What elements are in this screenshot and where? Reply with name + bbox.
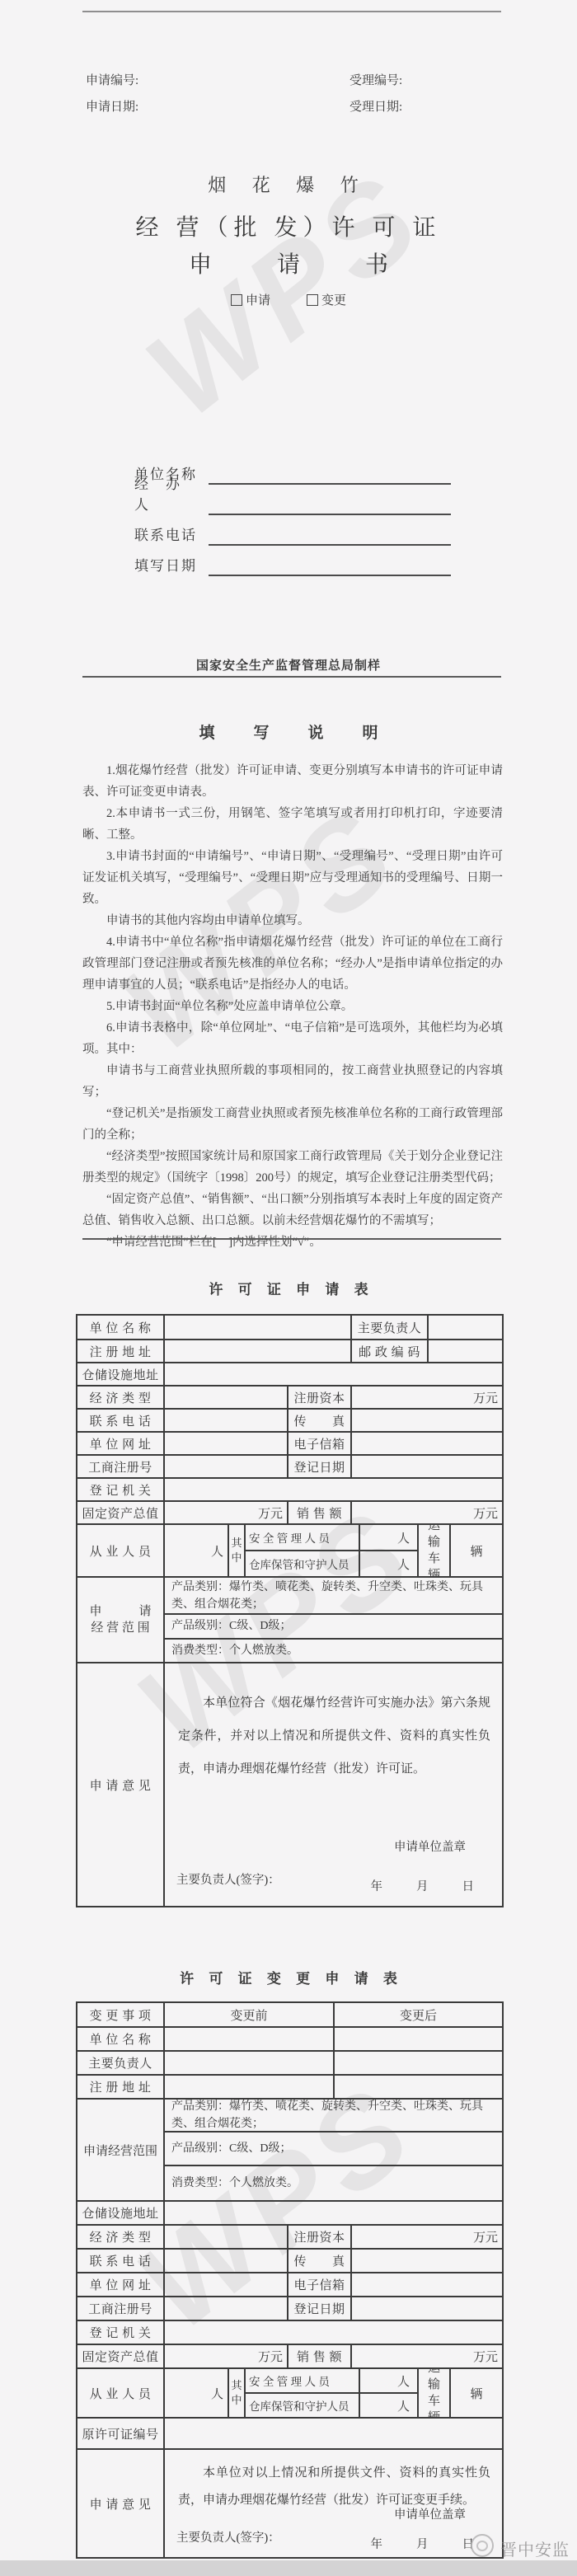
biz-reg-no-label: 工商注册号 (77, 2297, 163, 2320)
warehouse-staff-subrow: 仓库保管和守护人员 人 (246, 1550, 417, 1576)
instruction-paragraph: “登记机关”是指颁发工商营业执照或者预先核准单位名称的工商行政管理部门的全称； (82, 1103, 503, 1146)
table-row: 登 记 机 关 (77, 1477, 502, 1500)
instruction-paragraph: 申请书的其他内容均由申请单位填写。 (82, 910, 503, 931)
scope-consumption-type: 消费类型：个人燃放类。 (165, 1638, 502, 1662)
principal-label: 主要负责人 (77, 2052, 163, 2074)
table-row: 仓储设施地址 (77, 2200, 502, 2224)
instructions-title: 填 写 说 明 (0, 720, 577, 743)
reg-capital-label: 注册资本 (287, 1387, 350, 1408)
unit-name-label: 单 位 名 称 (77, 1316, 163, 1339)
table-row: 经 济 类 型 注册资本 万元 (77, 2224, 502, 2248)
instruction-paragraph: “申请经营范围”栏在[ ]内选择性划“√”。 (82, 1232, 503, 1253)
change-checkbox[interactable] (307, 294, 318, 306)
application-date-label: 申请日期: (86, 94, 138, 120)
scope-consumption-type: 消费类型：个人燃放类。 (165, 2165, 502, 2200)
application-number-label: 申请编号: (86, 68, 138, 94)
reg-address-before-cell[interactable] (163, 2076, 333, 2098)
email-label: 电子信箱 (287, 1433, 350, 1454)
biz-reg-no-label: 工商注册号 (77, 1456, 163, 1477)
reg-address-label: 注 册 地 址 (77, 1340, 163, 1362)
economic-type-input-cell[interactable] (163, 2226, 287, 2248)
table-row: 单 位 网 址 电子信箱 (77, 2272, 502, 2296)
scope-label: 申 请 经 营 范 围 (77, 1578, 163, 1662)
email-label: 电子信箱 (287, 2273, 350, 2296)
fixed-assets-label: 固定资产总值 (77, 1502, 163, 1523)
table-row: 主要负责人 (77, 2050, 502, 2074)
storage-address-input-cell[interactable] (163, 1363, 502, 1385)
license-application-table-title: 许 可 证 申 请 表 (0, 1278, 577, 1298)
employees-count-cell[interactable]: 人 (163, 2369, 228, 2417)
email-input-cell[interactable] (350, 1433, 502, 1454)
instruction-paragraph: 3.申请书封面的“申请编号”、“申请日期”、“受理编号”、“受理日期”由许可证发… (82, 846, 503, 910)
reg-authority-input-cell[interactable] (163, 2321, 502, 2344)
reg-authority-input-cell[interactable] (163, 1479, 502, 1500)
after-change-header: 变更后 (333, 2003, 502, 2026)
instruction-paragraph: 2.本申请书一式三份，用钢笔、签字笔填写或者用打印机打印，字迹要清晰、工整。 (82, 803, 503, 846)
scope-product-category: 产品类别：爆竹类、喷花类、旋转类、升空类、吐珠类、玩具类、组合烟花类； (165, 1578, 502, 1613)
jinzhong-anjian-stamp-icon (471, 2534, 494, 2557)
reg-date-input-cell[interactable] (350, 2297, 502, 2320)
license-change-table-title: 许 可 证 变 更 申 请 表 (0, 1967, 577, 1987)
apply-option[interactable]: 申请 (231, 291, 270, 308)
among-which-label: 其 中 (228, 1525, 244, 1576)
business-scope-row: 申请经营范围 产品类别：爆竹类、喷花类、旋转类、升空类、吐珠类、玩具类、组合烟花… (77, 2098, 502, 2200)
principal-signature-label: 主要负责人(签字)： (176, 2528, 280, 2546)
phone-fill-line[interactable] (209, 523, 451, 546)
document-page: WPS WPS WPS WPS 申请编号: 申请日期: 受理编号: 受理日期: … (0, 0, 577, 2576)
reg-date-label: 登记日期 (287, 2297, 350, 2320)
website-label: 单 位 网 址 (77, 1433, 163, 1454)
fixed-assets-input-cell[interactable]: 万元 (163, 2345, 287, 2367)
warehouse-staff-count-cell[interactable]: 人 (360, 1551, 417, 1576)
fill-date-fill-line[interactable] (209, 553, 451, 576)
change-option[interactable]: 变更 (307, 291, 346, 308)
table-row: 仓储设施地址 (77, 1362, 502, 1385)
postal-code-input-cell[interactable] (427, 1340, 502, 1362)
scope-content-cell: 产品类别：爆竹类、喷花类、旋转类、升空类、吐珠类、玩具类、组合烟花类； 产品级别… (163, 2100, 502, 2200)
unit-name-fill-line[interactable] (209, 462, 451, 485)
date-blank-label: 年 月 日 (371, 1877, 478, 1894)
employees-count-cell[interactable]: 人 (163, 1525, 228, 1576)
economic-type-input-cell[interactable] (163, 1387, 287, 1408)
apply-option-label: 申请 (246, 291, 270, 308)
instruction-paragraph: “固定资产总值”、“销售额”、“出口额”分别指填写本表时上年度的固定资产总值、销… (82, 1189, 503, 1232)
table-row: 单 位 名 称 主要负责人 (77, 1316, 502, 1339)
safety-staff-count-cell[interactable]: 人 (360, 2369, 417, 2392)
reg-address-label: 注 册 地 址 (77, 2076, 163, 2098)
reg-address-after-cell[interactable] (333, 2076, 502, 2098)
staff-breakdown-cell: 安 全 管 理 人 员 人 仓库保管和守护人员 人 (244, 1525, 417, 1576)
storage-address-label: 仓储设施地址 (77, 2202, 163, 2224)
opinion-label: 申 请 意 见 (77, 1663, 163, 1906)
phone-label: 联 系 电 话 (77, 2250, 163, 2272)
table-row: 工商注册号 登记日期 (77, 1454, 502, 1477)
sales-label: 销 售 额 (287, 1502, 350, 1523)
instruction-paragraph: 1.烟花爆竹经营（批发）许可证申请、变更分别填写本申请书的许可证申请表、许可证变… (82, 760, 503, 803)
cover-title-line1: 经 营（批 发）许 可 证 (0, 209, 577, 242)
unit-name-label: 单 位 名 称 (77, 2028, 163, 2050)
unit-name-input-cell[interactable] (163, 1316, 350, 1339)
acceptance-date-label: 受理日期: (349, 94, 402, 120)
warehouse-staff-subrow: 仓库保管和守护人员 人 (246, 2392, 417, 2417)
instruction-paragraph: 4.申请书中“单位名称”指申请烟花爆竹经营（批发）许可证的单位在工商行政管理部门… (82, 931, 503, 996)
warehouse-staff-count-cell[interactable]: 人 (360, 2394, 417, 2417)
instruction-paragraph: 申请书与工商营业执照所载的事项相同的，按工商营业执照登记的内容填写； (82, 1060, 503, 1103)
email-input-cell[interactable] (350, 2273, 502, 2296)
website-input-cell[interactable] (163, 1433, 287, 1454)
cover-field-fill-date: 填写日期 (134, 551, 451, 576)
scope-label: 申请经营范围 (77, 2100, 163, 2200)
phone-label: 联 系 电 话 (77, 1410, 163, 1431)
table-row: 单 位 名 称 (77, 2026, 502, 2050)
reg-date-label: 登记日期 (287, 1456, 350, 1477)
safety-staff-subrow: 安 全 管 理 人 员 人 (246, 2369, 417, 2392)
instruction-paragraph: “经济类型”按照国家统计局和原国家工商行政管理局《关于划分企业登记注册类型的规定… (82, 1146, 503, 1189)
safety-staff-label: 安 全 管 理 人 员 (246, 1525, 360, 1550)
table-row: 工商注册号 登记日期 (77, 2296, 502, 2320)
acceptance-number-label: 受理编号: (349, 68, 402, 94)
table-row: 联 系 电 话 传 真 (77, 2248, 502, 2272)
unit-seal-label: 申请单位盖章 (394, 2505, 466, 2522)
reg-address-input-cell[interactable] (163, 1340, 350, 1362)
scope-product-grade: 产品级别：C级、D级； (165, 2131, 502, 2165)
scope-product-grade: 产品级别：C级、D级； (165, 1613, 502, 1637)
warehouse-staff-label: 仓库保管和守护人员 (246, 1551, 360, 1576)
instructions-body: 1.烟花爆竹经营（批发）许可证申请、变更分别填写本申请书的许可证申请表、许可证变… (82, 760, 503, 1253)
header-right: 受理编号: 受理日期: (349, 68, 402, 120)
scope-content-cell: 产品类别：爆竹类、喷花类、旋转类、升空类、吐珠类、玩具类、组合烟花类； 产品级别… (163, 1578, 502, 1662)
employees-label: 从 业 人 员 (77, 1525, 163, 1576)
application-opinion-row: 申 请 意 见 本单位对以上情况和所提供文件、资料的真实性负责，申请办理烟花爆竹… (77, 2448, 502, 2557)
table-row: 经 济 类 型 注册资本 万元 (77, 1385, 502, 1408)
storage-address-label: 仓储设施地址 (77, 1363, 163, 1385)
economic-type-label: 经 济 类 型 (77, 2226, 163, 2248)
principal-signature-label: 主要负责人(签字)： (176, 1870, 280, 1888)
fax-label: 传 真 (287, 2250, 350, 2272)
unit-name-before-cell[interactable] (163, 2028, 333, 2050)
reg-authority-label: 登 记 机 关 (77, 1479, 163, 1500)
fax-label: 传 真 (287, 1410, 350, 1431)
transport-vehicles-label: 运 输 车 辆 (417, 2369, 449, 2417)
biz-reg-no-input-cell[interactable] (163, 1456, 287, 1477)
license-change-table: 变 更 事 项 变更前 变更后 单 位 名 称 主要负责人 注 册 地 址 申请… (76, 2001, 504, 2559)
sales-input-cell[interactable]: 万元 (350, 1502, 502, 1523)
jinzhong-anjian-stamp-text: 晋中安监 (500, 2536, 570, 2560)
before-change-header: 变更前 (163, 2003, 333, 2026)
opinion-label: 申 请 意 见 (77, 2450, 163, 2557)
principal-before-cell[interactable] (163, 2052, 333, 2074)
table-row: 固定资产总值 万元 销 售 额 万元 (77, 1500, 502, 1523)
economic-type-label: 经 济 类 型 (77, 1387, 163, 1408)
transport-vehicles-count-cell[interactable]: 辆 (449, 1525, 502, 1576)
opinion-content-cell: 本单位符合《烟花爆竹经营许可实施办法》第六条规定条件，并对以上情况和所提供文件、… (163, 1663, 502, 1906)
top-divider (82, 11, 501, 12)
apply-checkbox[interactable] (231, 294, 242, 306)
fill-date-field-label: 填写日期 (134, 554, 209, 576)
issuer-note: 国家安全生产监督管理总局制样 (0, 656, 577, 673)
fixed-assets-label: 固定资产总值 (77, 2345, 163, 2367)
change-option-label: 变更 (321, 291, 346, 308)
bottom-scan-edge (0, 2560, 577, 2576)
fixed-assets-input-cell[interactable]: 万元 (163, 1502, 287, 1523)
safety-staff-count-cell[interactable]: 人 (360, 1525, 417, 1550)
unit-seal-label: 申请单位盖章 (394, 1837, 466, 1855)
website-label: 单 位 网 址 (77, 2273, 163, 2296)
principal-input-cell[interactable] (427, 1316, 502, 1339)
fax-input-cell[interactable] (350, 1410, 502, 1431)
original-license-no-input-cell[interactable] (163, 2419, 502, 2448)
instruction-paragraph: 5.申请书封面“单位名称”处应盖申请单位公章。 (82, 996, 503, 1017)
application-type-options: 申请 变更 (0, 291, 577, 308)
table-row: 联 系 电 话 传 真 (77, 1408, 502, 1431)
instruction-paragraph: 6.申请书表格中，除“单位网址”、“电子信箱”是可选项外，其他栏均为必填项。其中… (82, 1017, 503, 1060)
license-application-table: 单 位 名 称 主要负责人 注 册 地 址 邮 政 编 码 仓储设施地址 经 济… (76, 1314, 504, 1907)
cover-title-line2: 申 请 书 (0, 246, 577, 279)
warehouse-staff-label: 仓库保管和守护人员 (246, 2394, 360, 2417)
postal-code-label: 邮 政 编 码 (350, 1340, 427, 1362)
biz-reg-no-input-cell[interactable] (163, 2297, 287, 2320)
safety-staff-subrow: 安 全 管 理 人 员 人 (246, 1525, 417, 1550)
cover-field-agent: 经 办 人 (134, 490, 451, 515)
change-item-label: 变 更 事 项 (77, 2003, 163, 2026)
original-license-no-label: 原许可证编号 (77, 2419, 163, 2448)
website-input-cell[interactable] (163, 2273, 287, 2296)
phone-input-cell[interactable] (163, 1410, 287, 1431)
change-header-row: 变 更 事 项 变更前 变更后 (77, 2003, 502, 2026)
table-row: 注 册 地 址 (77, 2074, 502, 2098)
staff-breakdown-cell: 安 全 管 理 人 员 人 仓库保管和守护人员 人 (244, 2369, 417, 2417)
phone-input-cell[interactable] (163, 2250, 287, 2272)
reg-date-input-cell[interactable] (350, 1456, 502, 1477)
reg-capital-input-cell[interactable]: 万元 (350, 1387, 502, 1408)
cover-field-phone: 联系电话 (134, 521, 451, 546)
date-blank-label: 年 月 日 (371, 2535, 478, 2552)
principal-after-cell[interactable] (333, 2052, 502, 2074)
table-row: 固定资产总值 万元 销 售 额 万元 (77, 2344, 502, 2367)
opinion-statement: 本单位符合《烟花爆竹经营许可实施办法》第六条规定条件，并对以上情况和所提供文件、… (165, 1663, 502, 1785)
page-divider-2 (82, 1238, 501, 1240)
table-row: 注 册 地 址 邮 政 编 码 (77, 1339, 502, 1362)
opinion-content-cell: 本单位对以上情况和所提供文件、资料的真实性负责，申请办理烟花爆竹经营（批发）许可… (163, 2450, 502, 2557)
unit-name-after-cell[interactable] (333, 2028, 502, 2050)
table-row: 原许可证编号 (77, 2417, 502, 2448)
transport-vehicles-count-cell[interactable]: 辆 (449, 2369, 502, 2417)
business-scope-row: 申 请 经 营 范 围 产品类别：爆竹类、喷花类、旋转类、升空类、吐珠类、玩具类… (77, 1576, 502, 1662)
storage-address-input-cell[interactable] (163, 2202, 502, 2224)
agent-field-label: 经 办 人 (134, 472, 209, 515)
transport-vehicles-label: 运 输 车 辆 (417, 1525, 449, 1576)
phone-field-label: 联系电话 (134, 523, 209, 546)
employees-label: 从 业 人 员 (77, 2369, 163, 2417)
scope-product-category: 产品类别：爆竹类、喷花类、旋转类、升空类、吐珠类、玩具类、组合烟花类； (165, 2100, 502, 2131)
principal-label: 主要负责人 (350, 1316, 427, 1339)
table-row: 单 位 网 址 电子信箱 (77, 1431, 502, 1454)
fax-input-cell[interactable] (350, 2250, 502, 2272)
header-left: 申请编号: 申请日期: (86, 68, 138, 120)
reg-capital-label: 注册资本 (287, 2226, 350, 2248)
reg-authority-label: 登 记 机 关 (77, 2321, 163, 2344)
employees-row: 从 业 人 员 人 其 中 安 全 管 理 人 员 人 仓库保管和守护人员 人 … (77, 2367, 502, 2417)
cover-category: 烟 花 爆 竹 (0, 171, 577, 197)
among-which-label: 其 中 (228, 2369, 244, 2417)
application-opinion-row: 申 请 意 见 本单位符合《烟花爆竹经营许可实施办法》第六条规定条件，并对以上情… (77, 1662, 502, 1906)
sales-label: 销 售 额 (287, 2345, 350, 2367)
reg-capital-input-cell[interactable]: 万元 (350, 2226, 502, 2248)
table-row: 登 记 机 关 (77, 2320, 502, 2344)
page-divider-1 (82, 676, 501, 678)
safety-staff-label: 安 全 管 理 人 员 (246, 2369, 360, 2392)
agent-fill-line[interactable] (209, 492, 451, 515)
sales-input-cell[interactable]: 万元 (350, 2345, 502, 2367)
employees-row: 从 业 人 员 人 其 中 安 全 管 理 人 员 人 仓库保管和守护人员 人 … (77, 1523, 502, 1576)
